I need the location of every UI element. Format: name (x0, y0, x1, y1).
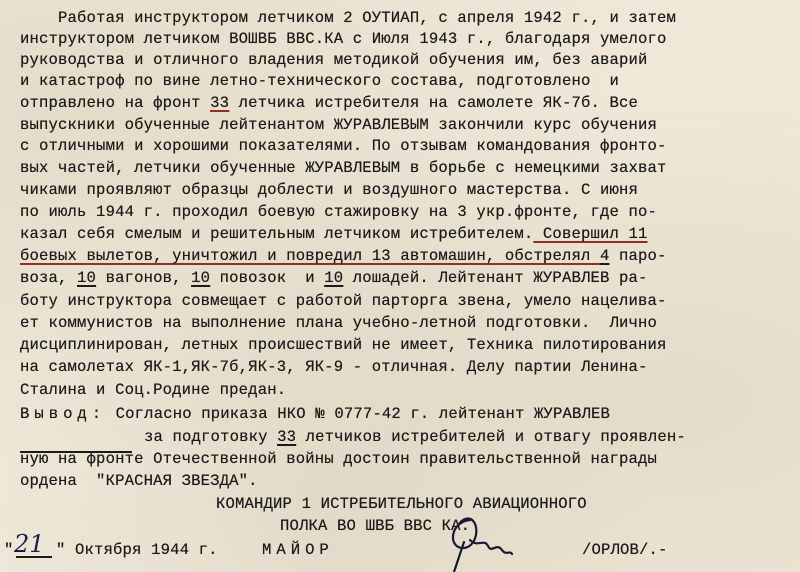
signature-title: КОМАНДИР 1 ИСТРЕБИТЕЛЬНОГО АВИАЦИОННОГО (216, 494, 587, 514)
conclusion-line: Вывод: Согласно приказа НКО № 0777-42 г.… (20, 404, 610, 424)
text-line: боту инструктора совмещает с работой пар… (20, 291, 667, 311)
pilots-count-underlined: 33 (210, 94, 229, 112)
text-line: казал себя смелым и решительным летчиком… (20, 224, 648, 244)
handwritten-day: 21 (14, 530, 45, 558)
text-segment: летчиков истребителей и отвагу проявлен- (296, 428, 686, 446)
signature-icon (440, 512, 520, 572)
conclusion-line: за подготовку 33 летчиков истребителей и… (144, 427, 686, 447)
text-segment: летчика истребителя на самолете ЯК-7б. В… (229, 94, 638, 112)
text-segment: вагонов, (96, 269, 191, 287)
text-line: боевых вылетов, уничтожил и повредил 13 … (20, 246, 667, 266)
text-line: выпускники обученные лейтенантом ЖУРАВЛЕ… (20, 115, 657, 135)
text-line: отправлено на фронт 33 летчика истребите… (20, 93, 638, 113)
text-line: с отличными и хорошими показателями. По … (20, 136, 667, 156)
text-segment: Согласно приказа НКО № 0777-42 г. лейтен… (106, 405, 610, 423)
text-line: инструктором летчиком ВОШВБ ВВС.КА с Июл… (20, 29, 667, 49)
locomotives-count: 4 (600, 247, 610, 265)
combat-underlined: автомашин, обстрелял (391, 247, 600, 265)
horses-count: 10 (324, 269, 343, 287)
rank: МАЙОР (262, 540, 334, 560)
text-line: воза, 10 вагонов, 10 повозок и 10 лошаде… (20, 268, 648, 288)
wagons-count: 10 (77, 269, 96, 287)
text-line: на самолетах ЯК-1,ЯК-7б,ЯК-3, ЯК-9 - отл… (20, 357, 648, 377)
date-underline (16, 556, 52, 558)
text-segment: отправлено на фронт (20, 94, 210, 112)
text-line: вых частей, летчики обученные ЖУРАВЛЕВЫМ… (20, 158, 667, 178)
document-page: Работая инструктором летчиком 2 ОУТИАП, … (0, 0, 800, 572)
sorties-underlined: Совершил 11 (533, 225, 647, 243)
text-segment: казал себя смелым и решительным летчиком… (20, 225, 533, 243)
signatory-name: /ОРЛОВ/.- (582, 540, 668, 560)
pilots-count-underlined: 33 (277, 428, 296, 446)
date-open-quote: " (4, 540, 14, 560)
conclusion-label: Вывод: (20, 405, 106, 423)
text-line: ет коммунистов на выполнение плана учебн… (20, 313, 657, 333)
text-segment: за подготовку (144, 428, 277, 446)
combat-underlined: боевых вылетов, уничтожил и повредил (20, 247, 372, 265)
carts-count: 10 (191, 269, 210, 287)
text-segment: лошадей. Лейтенант ЖУРАВЛЕВ ра- (343, 269, 647, 287)
text-line: руководства и отличного владения методик… (20, 50, 648, 70)
text-line: по июль 1944 г. проходил боевую стажиров… (20, 202, 657, 222)
conclusion-line: ную на фронте Отечественной войны достои… (20, 449, 657, 469)
text-line: Сталина и Соц.Родине предан. (20, 380, 286, 400)
text-line: чиками проявляют образцы доблести и возд… (20, 180, 638, 200)
text-line: Работая инструктором летчиком 2 ОУТИАП, … (20, 8, 676, 28)
text-line: дисциплинирован, летных происшествий не … (20, 335, 667, 355)
date-text: " Октября 1944 г. (56, 540, 218, 560)
conclusion-line: ордена "КРАСНАЯ ЗВЕЗДА". (20, 471, 258, 491)
text-segment: повозок и (210, 269, 324, 287)
text-segment: воза, (20, 269, 77, 287)
vehicles-count: 13 (372, 247, 391, 265)
text-line: и катастроф по вине летно-технического с… (20, 71, 619, 91)
text-segment: паро- (610, 247, 667, 265)
